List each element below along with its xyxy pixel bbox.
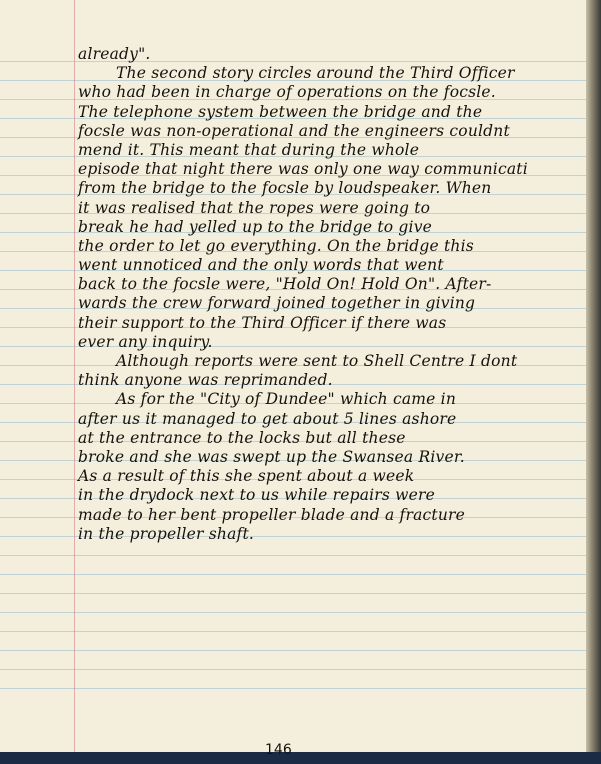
text-line: The telephone system between the bridge … (78, 103, 578, 122)
text-line: made to her bent propeller blade and a f… (78, 506, 578, 525)
text-line: who had been in charge of operations on … (78, 83, 578, 102)
text-line: in the propeller shaft. (78, 525, 578, 544)
handwritten-text: already". The second story circles aroun… (78, 45, 578, 544)
bleed-through-text (20, 560, 580, 700)
text-line: The second story circles around the Thir… (78, 64, 578, 83)
text-line: in the drydock next to us while repairs … (78, 486, 578, 505)
text-line: Although reports were sent to Shell Cent… (78, 352, 578, 371)
text-line: think anyone was reprimanded. (78, 371, 578, 390)
text-line: break he had yelled up to the bridge to … (78, 218, 578, 237)
text-line: mend it. This meant that during the whol… (78, 141, 578, 160)
text-line: As for the "City of Dundee" which came i… (78, 390, 578, 409)
text-line: the order to let go everything. On the b… (78, 237, 578, 256)
scan-background (0, 752, 601, 764)
notebook-page: already". The second story circles aroun… (0, 0, 586, 752)
text-line: their support to the Third Officer if th… (78, 314, 578, 333)
text-line: after us it managed to get about 5 lines… (78, 410, 578, 429)
text-line: from the bridge to the focsle by loudspe… (78, 179, 578, 198)
text-line: already". (78, 45, 578, 64)
text-line: ever any inquiry. (78, 333, 578, 352)
margin-line (74, 0, 75, 752)
page-number: 146 (265, 742, 292, 758)
text-line: wards the crew forward joined together i… (78, 294, 578, 313)
text-line: focsle was non-operational and the engin… (78, 122, 578, 141)
text-line: As a result of this she spent about a we… (78, 467, 578, 486)
binding-edge (586, 0, 601, 764)
text-line: broke and she was swept up the Swansea R… (78, 448, 578, 467)
text-line: went unnoticed and the only words that w… (78, 256, 578, 275)
text-line: back to the focsle were, "Hold On! Hold … (78, 275, 578, 294)
text-line: episode that night there was only one wa… (78, 160, 578, 179)
text-line: it was realised that the ropes were goin… (78, 199, 578, 218)
text-line: at the entrance to the locks but all the… (78, 429, 578, 448)
